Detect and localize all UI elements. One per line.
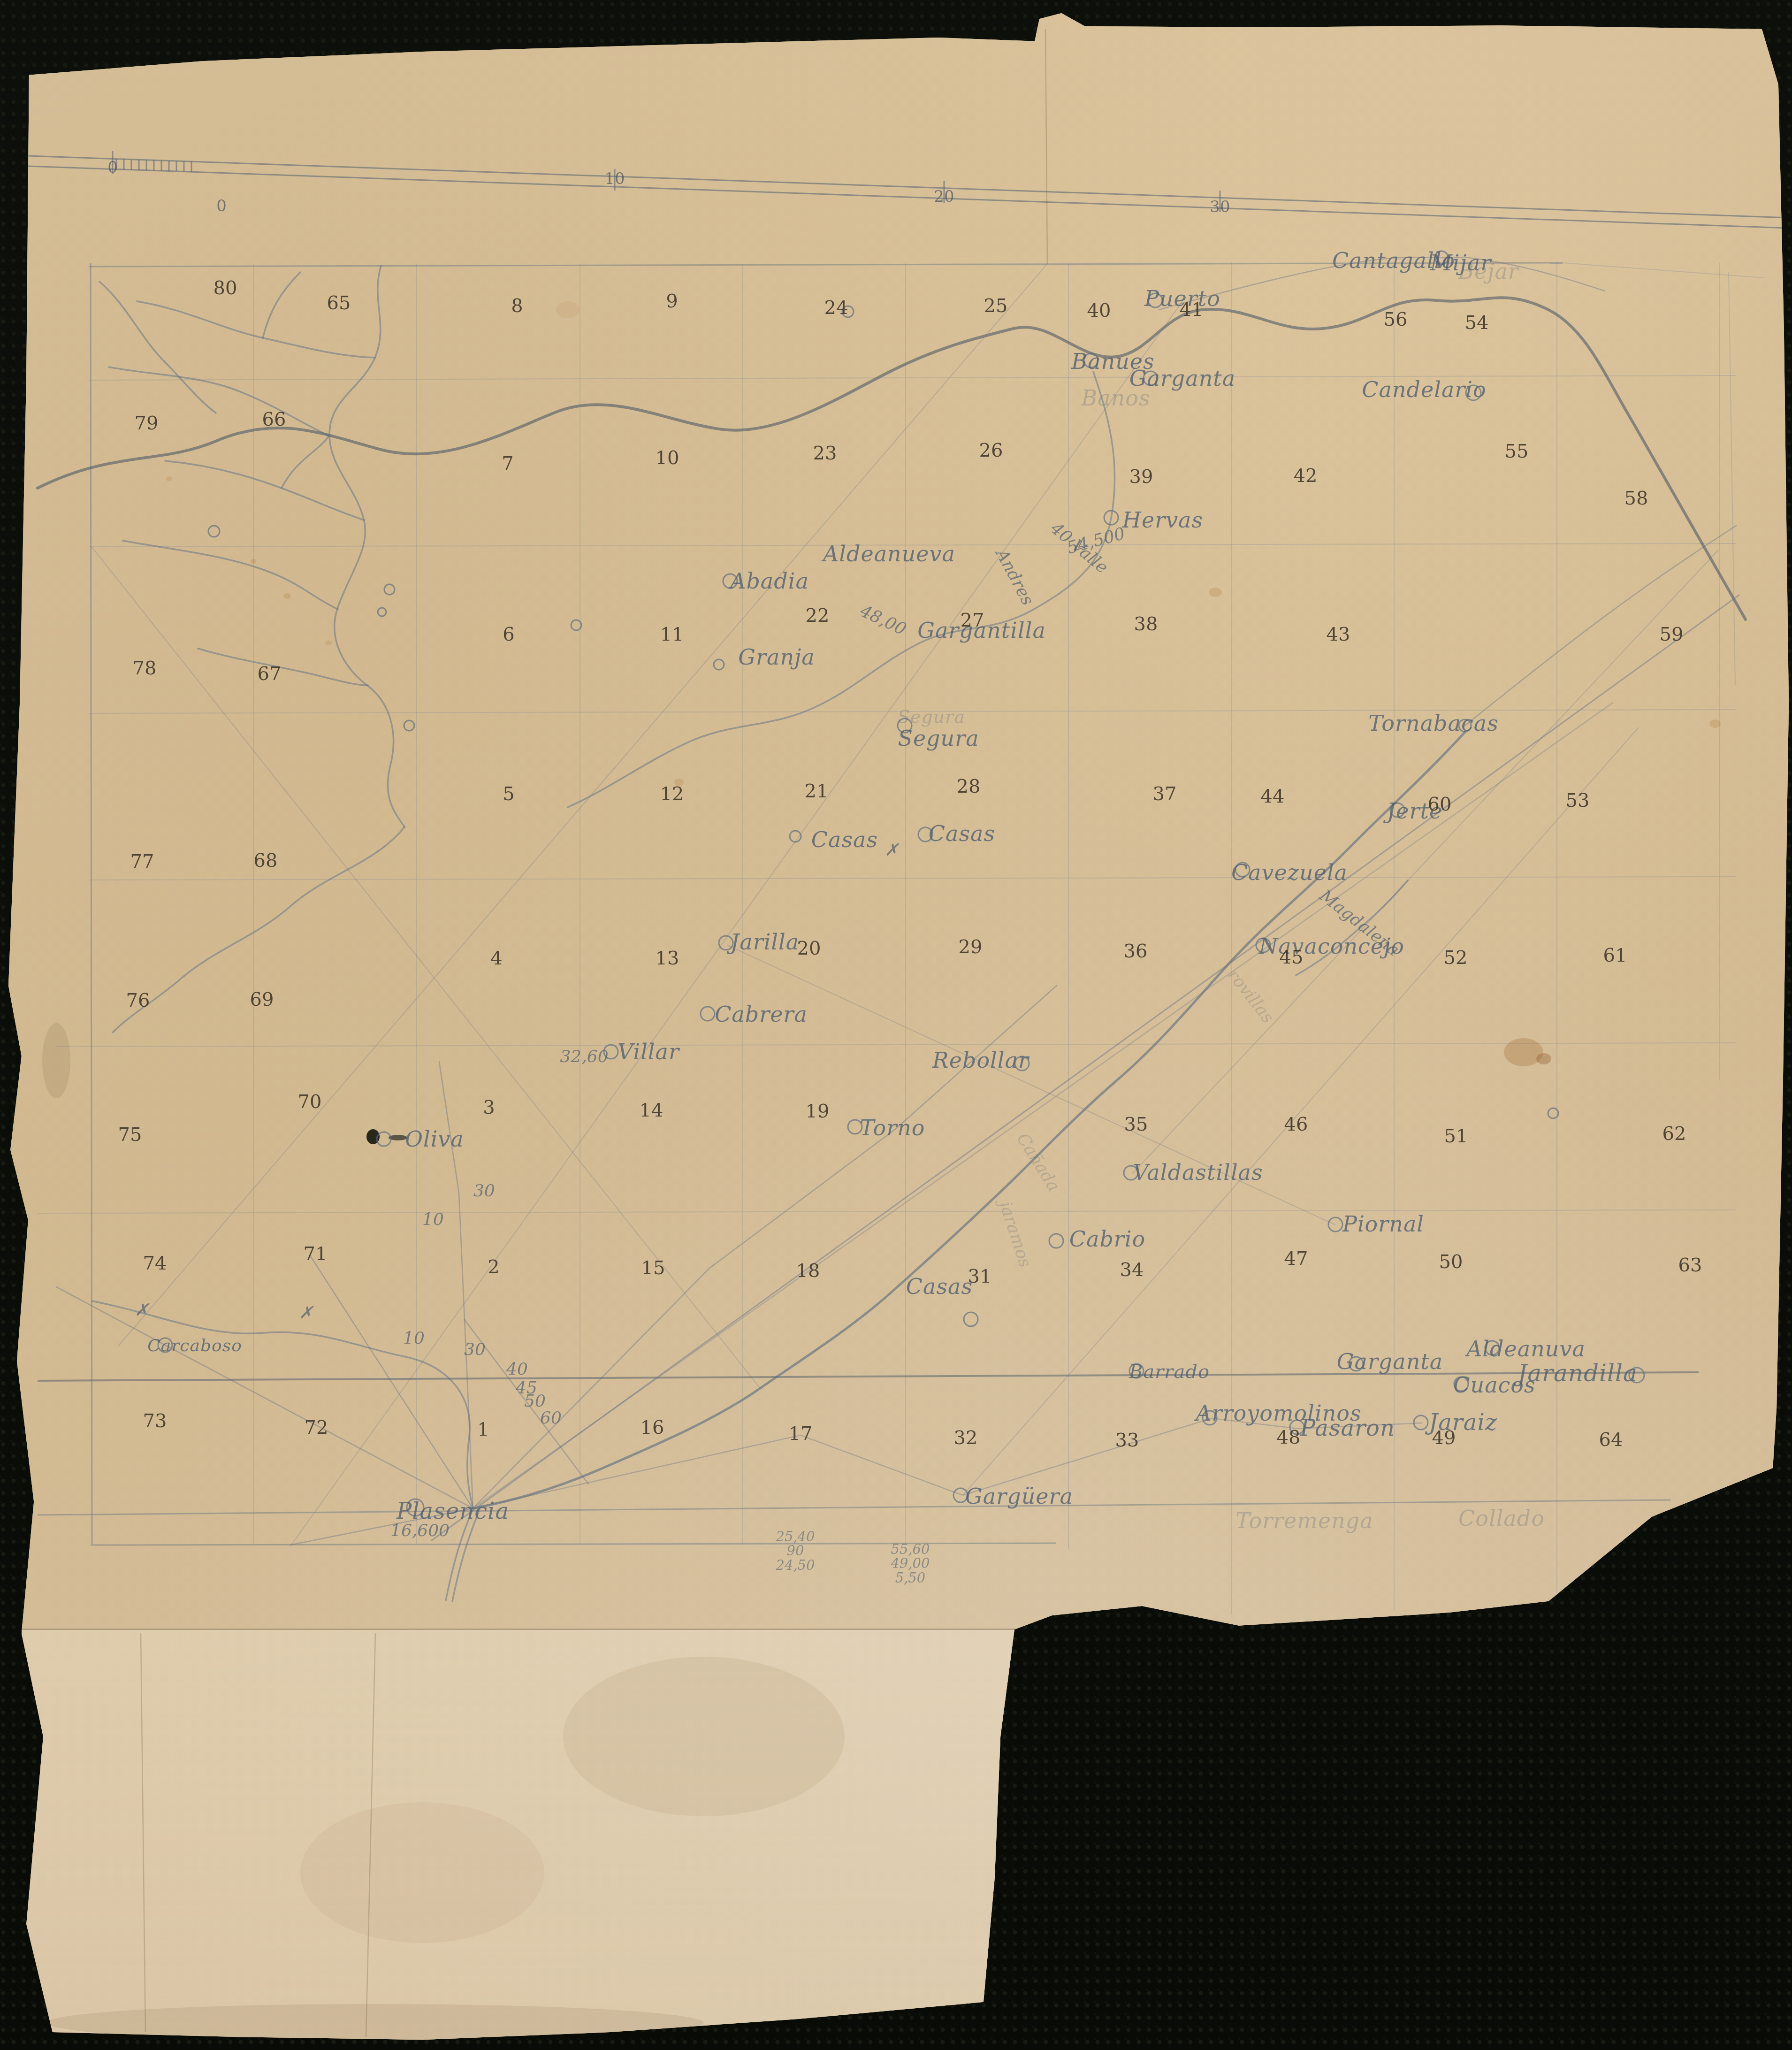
place-label-carcaboso: Carcaboso: [147, 1337, 242, 1355]
x-mark: ✗: [299, 1304, 313, 1322]
sheet-number-18: 18: [796, 1261, 820, 1281]
scanned-map-photo: 00102030CantagalloMijarBejarPuertoBanues…: [0, 0, 1792, 2050]
sheet-number-23: 23: [813, 444, 837, 463]
sheet-number-77: 77: [130, 852, 154, 872]
sheet-number-21: 21: [805, 781, 829, 801]
sheet-number-61: 61: [1603, 946, 1627, 965]
annotation-km: 60: [540, 1409, 562, 1427]
scale-tick-label-0b: 0: [216, 198, 227, 215]
sheet-number-45: 45: [1280, 948, 1304, 967]
place-label-oliva: Oliva: [405, 1128, 464, 1150]
annotation-andres: Andres: [992, 546, 1037, 608]
place-label-bejar: Bejar: [1458, 260, 1519, 283]
sheet-number-55: 55: [1505, 442, 1529, 461]
place-label-cabrera: Cabrera: [715, 1003, 808, 1025]
annotation-distance: 32,60: [560, 1048, 608, 1066]
sheet-number-66: 66: [262, 410, 286, 429]
labels-layer: 00102030CantagalloMijarBejarPuertoBanues…: [0, 0, 1792, 2050]
place-label-cuacos: Cuacos: [1453, 1374, 1535, 1396]
place-label-casas-del-monte: Casas: [811, 828, 878, 851]
sheet-number-32: 32: [954, 1428, 978, 1448]
sheet-number-8: 8: [511, 296, 523, 316]
sheet-number-72: 72: [305, 1418, 328, 1438]
sheet-number-50: 50: [1439, 1252, 1463, 1272]
sheet-number-3: 3: [483, 1098, 495, 1117]
sheet-number-2: 2: [488, 1257, 499, 1277]
scale-tick-label-0: 0: [107, 160, 118, 176]
annotation-canada: Cañada: [1013, 1130, 1062, 1194]
sheet-number-16: 16: [641, 1418, 664, 1438]
sheet-number-36: 36: [1124, 941, 1148, 961]
sheet-number-14: 14: [640, 1101, 663, 1120]
annotation-km: 10: [403, 1330, 425, 1347]
place-label-aldeanueva: Aldeanueva: [823, 543, 955, 565]
sheet-number-41: 41: [1180, 300, 1204, 320]
sheet-number-42: 42: [1294, 466, 1318, 486]
sheet-number-7: 7: [502, 454, 513, 474]
sheet-number-40: 40: [1087, 301, 1111, 321]
sheet-number-62: 62: [1662, 1124, 1686, 1144]
place-label-piornal: Piornal: [1342, 1213, 1424, 1235]
place-label-cabezuela: Cavezuela: [1231, 861, 1348, 884]
sheet-number-9: 9: [666, 291, 678, 311]
sheet-number-65: 65: [327, 293, 351, 313]
place-label-torno: Torno: [860, 1117, 925, 1139]
paper-sheet: 00102030CantagalloMijarBejarPuertoBanues…: [0, 0, 1792, 2050]
sheet-number-5: 5: [503, 784, 514, 804]
sheet-number-47: 47: [1284, 1249, 1308, 1269]
place-label-barrado: Barrado: [1129, 1362, 1210, 1382]
sheet-number-24: 24: [824, 298, 848, 318]
sheet-number-46: 46: [1284, 1115, 1308, 1134]
place-label-cabrero: Cabrio: [1069, 1228, 1145, 1250]
annotation-river: jaramos: [996, 1199, 1034, 1270]
place-label-granja: Granja: [738, 646, 815, 668]
place-label-garganta: Garganta: [1129, 367, 1236, 390]
sheet-number-56: 56: [1384, 310, 1408, 329]
sheet-number-44: 44: [1261, 787, 1285, 806]
sheet-number-35: 35: [1124, 1115, 1148, 1134]
annotation-km: 30: [464, 1341, 486, 1359]
sheet-number-17: 17: [789, 1424, 813, 1444]
sheet-number-64: 64: [1599, 1430, 1623, 1450]
place-label-collado: Collado: [1458, 1507, 1545, 1530]
sheet-number-67: 67: [258, 664, 282, 684]
place-label-jarilla: Jarilla: [731, 931, 799, 953]
sheet-number-78: 78: [133, 658, 157, 678]
place-label-hervas: Hervas: [1122, 509, 1203, 531]
annotation-distance: 48,00: [857, 602, 908, 639]
sheet-number-39: 39: [1129, 467, 1153, 487]
sheet-number-63: 63: [1678, 1255, 1702, 1275]
sheet-number-27: 27: [961, 611, 984, 630]
annotation-km: 30: [473, 1182, 495, 1200]
sheet-number-71: 71: [304, 1244, 328, 1264]
sheet-number-60: 60: [1428, 795, 1452, 814]
sheet-number-31: 31: [968, 1267, 992, 1286]
sheet-number-75: 75: [118, 1125, 142, 1145]
calculation-note: 25,40 90 24,50: [776, 1530, 815, 1572]
place-label-abadia: Abadia: [730, 570, 809, 592]
sheet-number-22: 22: [806, 606, 830, 626]
sheet-number-59: 59: [1660, 625, 1684, 644]
sheet-number-34: 34: [1120, 1260, 1144, 1280]
sheet-number-29: 29: [959, 937, 983, 957]
sheet-number-73: 73: [143, 1411, 167, 1431]
sheet-number-69: 69: [250, 990, 274, 1010]
place-label-casas-del-castanar: Casas: [906, 1275, 973, 1298]
sheet-number-38: 38: [1134, 614, 1158, 634]
place-label-tornavacas: Tornabacas: [1368, 712, 1499, 734]
annotation-distance: 16,600: [390, 1522, 450, 1540]
sheet-number-49: 49: [1432, 1428, 1456, 1448]
place-label-segura: Segura: [898, 727, 979, 750]
scale-tick-label-20: 20: [934, 189, 954, 206]
sheet-number-74: 74: [143, 1254, 167, 1273]
sheet-number-6: 6: [503, 625, 514, 644]
place-label-rebollar: Rebollar: [932, 1049, 1029, 1071]
sheet-number-20: 20: [797, 939, 821, 958]
sheet-number-37: 37: [1153, 784, 1177, 804]
place-label-villar: Villar: [618, 1040, 679, 1063]
calculation-note: 55,60 49,00 5,50: [891, 1542, 930, 1585]
sheet-number-12: 12: [660, 784, 684, 804]
sheet-number-11: 11: [660, 625, 684, 644]
sheet-number-80: 80: [214, 278, 237, 298]
annotation-km: 50: [524, 1392, 546, 1410]
scale-tick-label-10: 10: [604, 171, 625, 188]
sheet-number-26: 26: [979, 441, 1003, 460]
sheet-number-4: 4: [490, 949, 502, 968]
sheet-number-15: 15: [641, 1258, 665, 1278]
place-label-plasencia: Plasencia: [397, 1499, 509, 1523]
sheet-number-43: 43: [1327, 625, 1350, 644]
sheet-number-13: 13: [656, 949, 679, 968]
place-label-torremenga: Torremenga: [1235, 1509, 1373, 1532]
place-label-garguera: Gargüera: [965, 1485, 1073, 1507]
sheet-number-25: 25: [984, 296, 1008, 316]
place-label-garganta-la-olla: Garganta: [1337, 1350, 1443, 1373]
place-label-segura-faint: Segura: [898, 708, 965, 727]
sheet-number-28: 28: [957, 777, 981, 796]
place-label-candelario: Candelario: [1362, 378, 1486, 401]
sheet-number-76: 76: [126, 991, 150, 1010]
sheet-number-1: 1: [477, 1420, 489, 1439]
x-mark: ✗: [885, 841, 899, 859]
place-label-valdastillas: Valdastillas: [1133, 1161, 1263, 1184]
annotation-river: rovillas: [1224, 966, 1277, 1027]
place-label-pasaron: Pasaron: [1300, 1416, 1395, 1440]
annotation-km: 40: [506, 1361, 528, 1378]
sheet-number-19: 19: [806, 1101, 830, 1121]
place-label-casas: Casas: [929, 822, 995, 845]
sheet-number-68: 68: [254, 851, 278, 871]
sheet-number-70: 70: [298, 1092, 322, 1112]
sheet-number-51: 51: [1444, 1126, 1468, 1146]
x-mark: ✗: [135, 1301, 149, 1319]
annotation-km: 10: [422, 1211, 444, 1229]
place-label-aldeanueva-vera: Aldeanuva: [1466, 1338, 1586, 1360]
sheet-number-52: 52: [1444, 948, 1468, 968]
sheet-number-54: 54: [1465, 313, 1489, 333]
scale-tick-label-30: 30: [1210, 199, 1230, 216]
sheet-number-79: 79: [135, 413, 159, 433]
sheet-number-10: 10: [656, 448, 679, 468]
sheet-number-33: 33: [1115, 1430, 1139, 1450]
sheet-number-53: 53: [1566, 791, 1590, 811]
sheet-number-48: 48: [1277, 1428, 1301, 1447]
sheet-number-58: 58: [1624, 489, 1648, 508]
